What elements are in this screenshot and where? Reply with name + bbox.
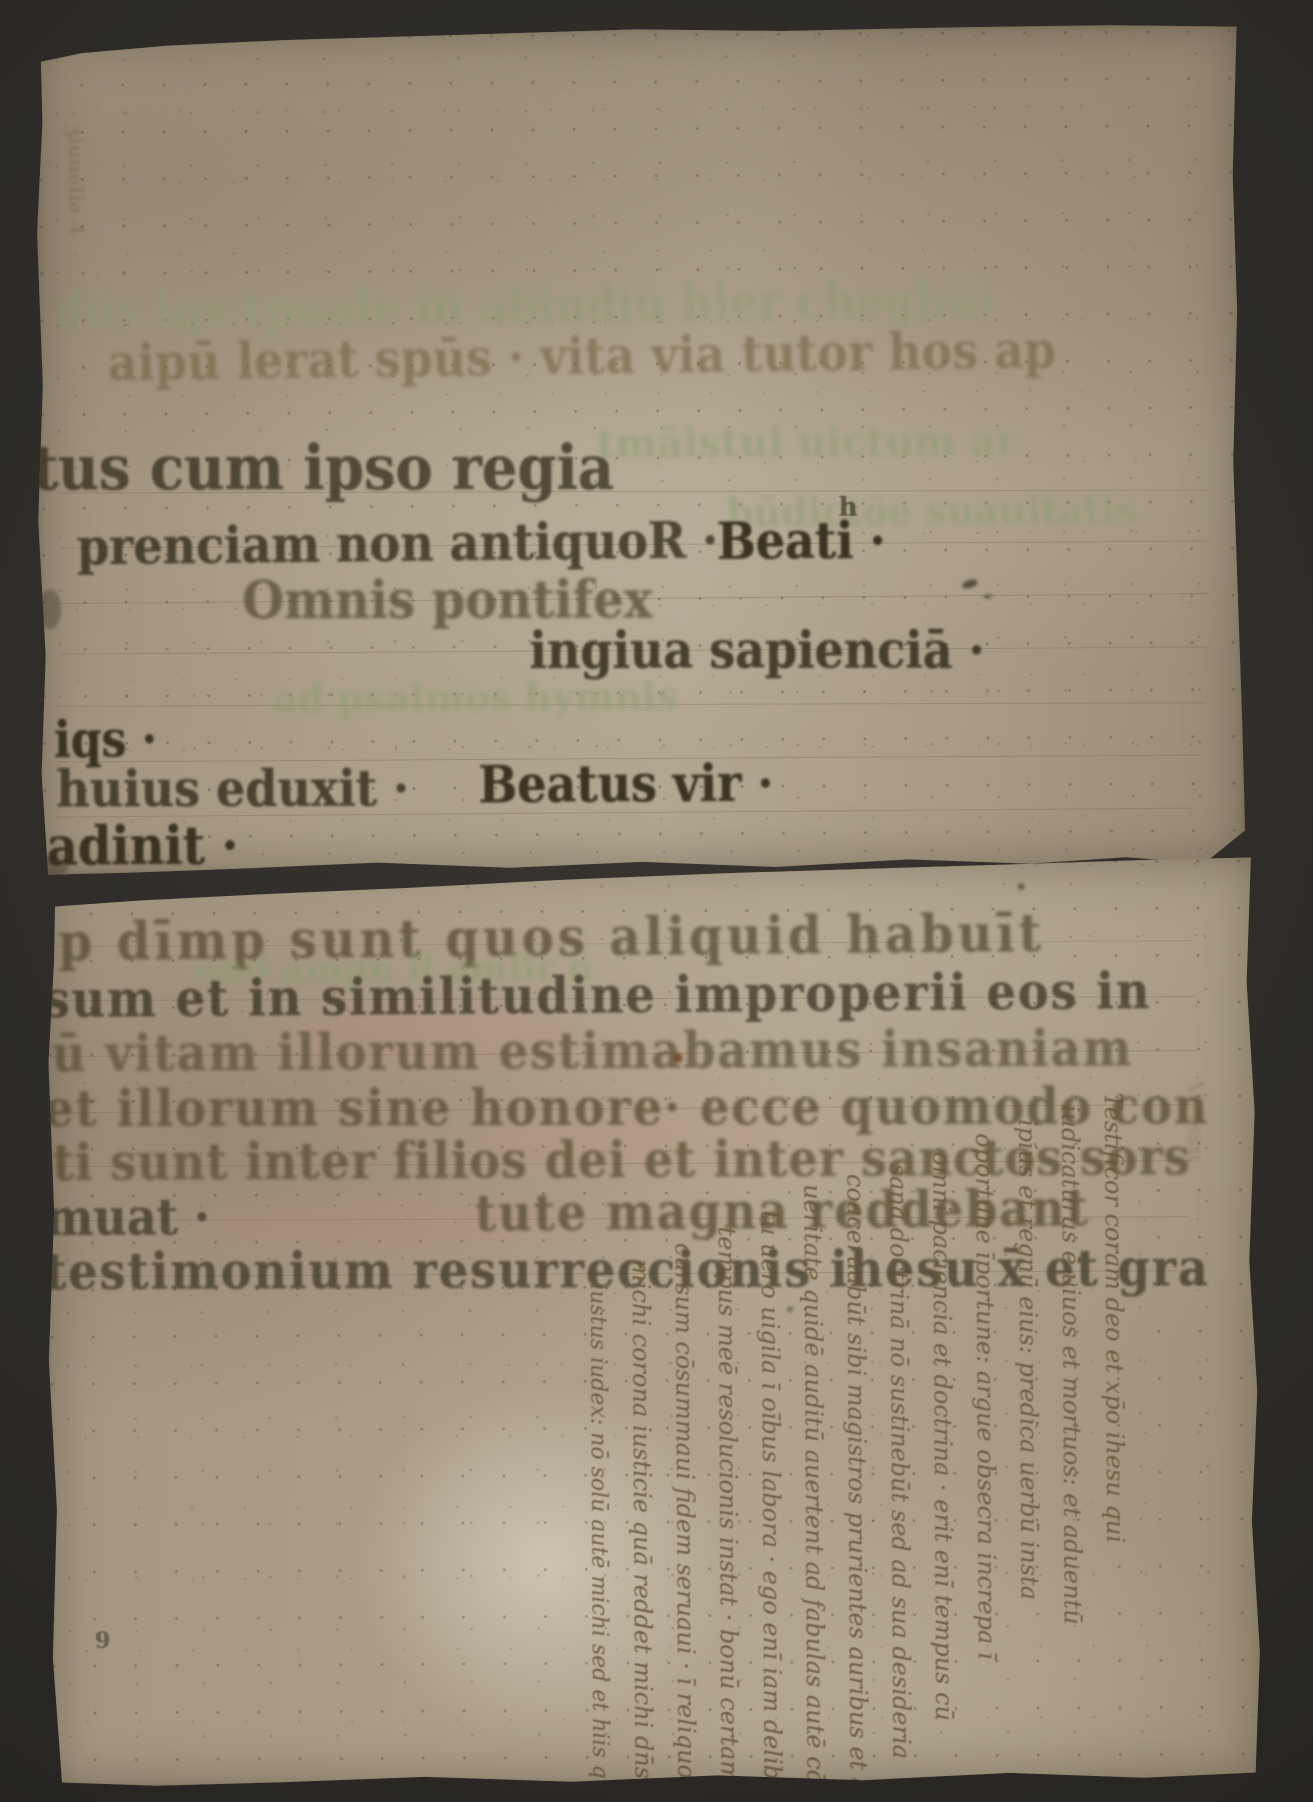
edge-shading: [33, 22, 1246, 875]
edge-shading: [43, 852, 1266, 1788]
parchment-fragment-top: ʒiuuelia 4 dūs iqs tpuale in abiudiū hie…: [33, 22, 1246, 875]
photo-backdrop: { "colors": { "backdrop": "#34312d", "pa…: [0, 0, 1313, 1802]
parchment-fragment-bottom: p dīmp sunt quos aliquid habuīt ond ampn…: [43, 852, 1266, 1788]
